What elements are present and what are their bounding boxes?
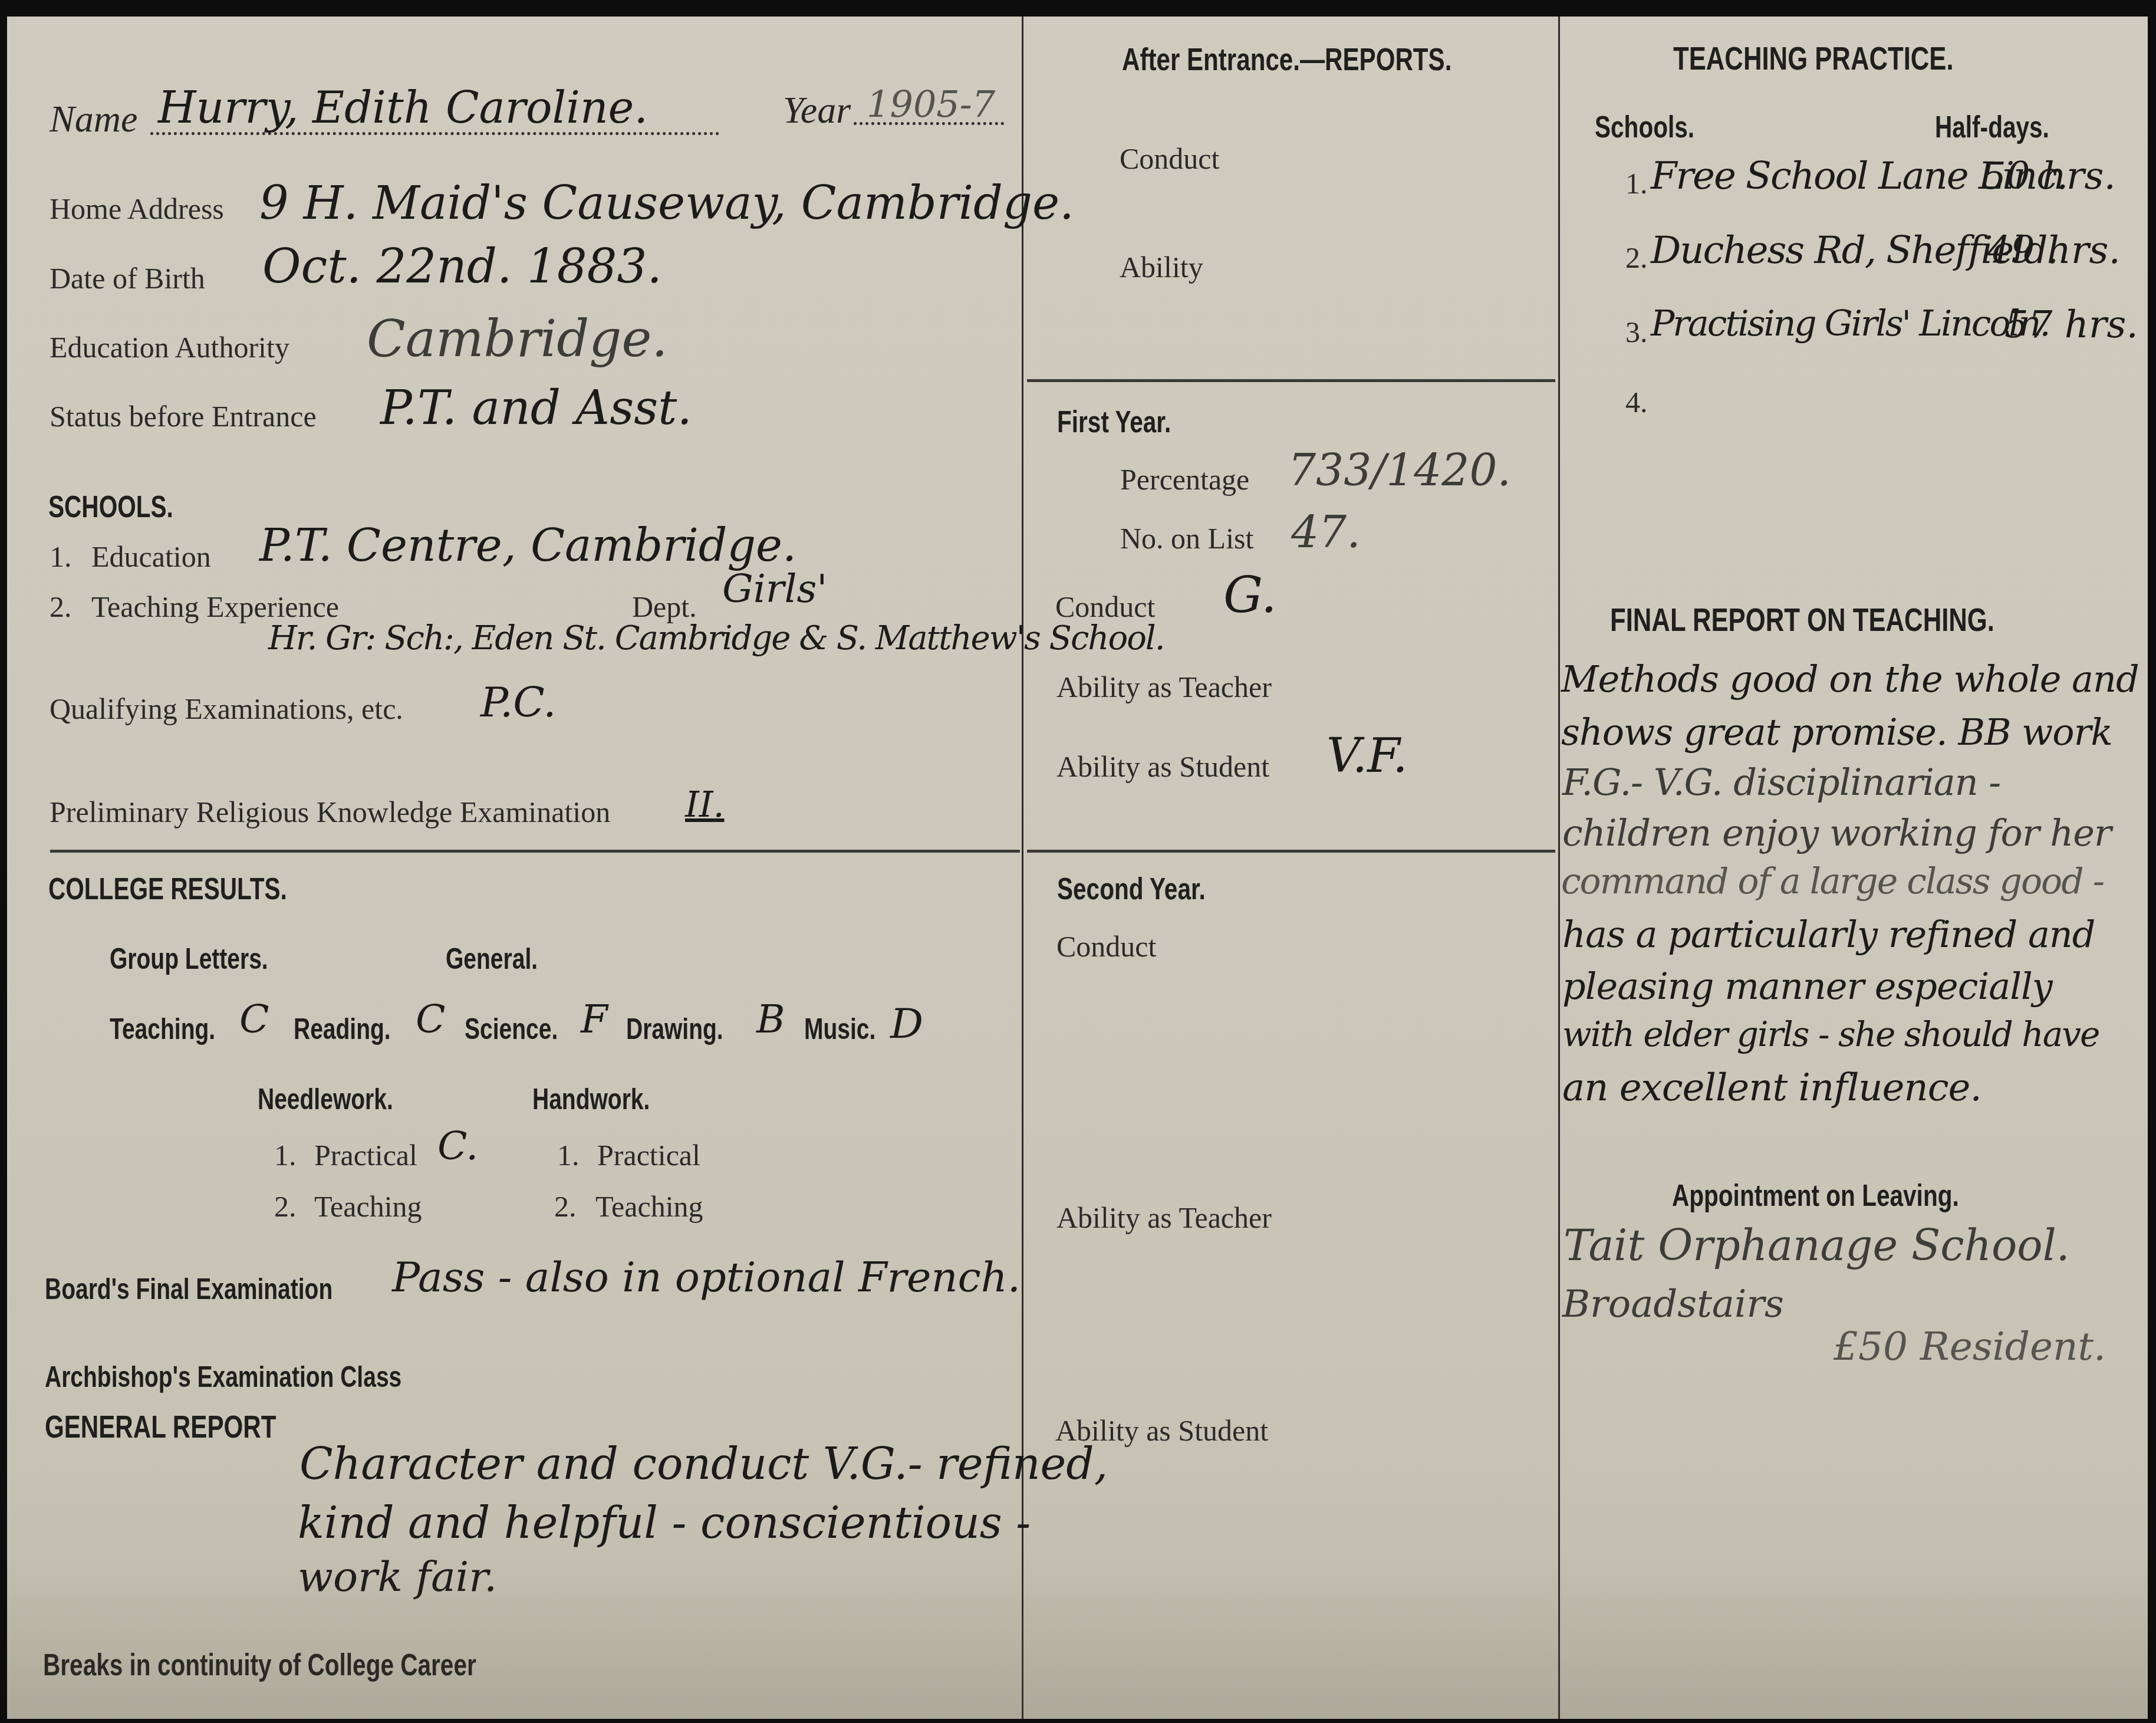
first-year-ability-student-value[interactable]: V.F. bbox=[1326, 728, 1408, 783]
boards-final-label: Board's Final Examination bbox=[45, 1272, 333, 1306]
year-label: Year bbox=[783, 88, 851, 132]
general-report-line-3[interactable]: work fair. bbox=[298, 1553, 497, 1601]
schools-heading: SCHOOLS. bbox=[48, 489, 173, 525]
home-address-label: Home Address bbox=[50, 192, 224, 226]
prelim-religious-value[interactable]: II. bbox=[685, 784, 724, 826]
subject-drawing-grade[interactable]: B bbox=[756, 997, 785, 1042]
final-report-line-5[interactable]: command of a large class good - bbox=[1561, 861, 2104, 902]
first-year-conduct-value[interactable]: G. bbox=[1223, 566, 1277, 624]
general-label: General. bbox=[446, 942, 538, 976]
needlework-teaching-label: Teaching bbox=[314, 1189, 422, 1224]
final-report-line-2[interactable]: shows great promise. BB work bbox=[1561, 711, 2112, 754]
name-label: Name bbox=[50, 97, 137, 141]
teaching-experience-value[interactable]: Hr. Gr: Sch:, Eden St. Cambridge & S. Ma… bbox=[268, 619, 1164, 657]
second-year-conduct-label: Conduct bbox=[1056, 929, 1156, 964]
first-year-conduct-label: Conduct bbox=[1055, 590, 1155, 624]
final-report-line-1[interactable]: Methods good on the whole and bbox=[1561, 657, 2139, 701]
education-authority-value[interactable]: Cambridge. bbox=[367, 310, 668, 369]
practice-row-2-num: 2. bbox=[1625, 241, 1648, 275]
year-value[interactable]: 1905-7 bbox=[867, 83, 995, 126]
subject-science-label: Science. bbox=[465, 1012, 558, 1046]
percentage-value[interactable]: 733/1420. bbox=[1288, 445, 1511, 496]
schools-column-header: Schools. bbox=[1595, 110, 1694, 145]
appointment-heading: Appointment on Leaving. bbox=[1672, 1178, 1959, 1214]
practice-row-2-halfdays[interactable]: 49 hrs. bbox=[1987, 229, 2121, 272]
needlework-label: Needlework. bbox=[258, 1082, 393, 1116]
boards-final-value[interactable]: Pass - also in optional French. bbox=[392, 1253, 1021, 1301]
practice-row-3-school[interactable]: Practising Girls' Lincoln. bbox=[1651, 303, 2049, 344]
handwork-practical-num: 1. bbox=[557, 1138, 580, 1172]
education-value[interactable]: P.T. Centre, Cambridge. bbox=[259, 519, 796, 571]
college-results-heading: COLLEGE RESULTS. bbox=[48, 872, 287, 907]
subject-reading-grade[interactable]: C bbox=[416, 997, 446, 1042]
status-label: Status before Entrance bbox=[50, 399, 317, 433]
qualifying-label: Qualifying Examinations, etc. bbox=[50, 692, 403, 726]
no-on-list-label: No. on List bbox=[1120, 521, 1253, 555]
general-report-line-1[interactable]: Character and conduct V.G.- refined, bbox=[299, 1439, 1108, 1489]
teaching-num: 2. bbox=[50, 590, 72, 624]
qualifying-value[interactable]: P.C. bbox=[480, 678, 556, 726]
first-year-ability-teacher-label: Ability as Teacher bbox=[1056, 670, 1272, 704]
second-year-heading: Second Year. bbox=[1057, 872, 1206, 907]
practice-row-4-num: 4. bbox=[1625, 385, 1648, 419]
general-report-label: GENERAL REPORT bbox=[45, 1409, 276, 1445]
after-entrance-conduct-label: Conduct bbox=[1120, 142, 1219, 176]
final-report-heading: FINAL REPORT ON TEACHING. bbox=[1610, 600, 1994, 639]
practice-row-1-num: 1. bbox=[1625, 166, 1648, 200]
subject-music-label: Music. bbox=[804, 1012, 875, 1046]
final-report-line-6[interactable]: has a particularly refined and bbox=[1562, 913, 2095, 956]
subject-teaching-label: Teaching. bbox=[110, 1012, 215, 1046]
handwork-teaching-label: Teaching bbox=[595, 1189, 703, 1224]
final-report-line-7[interactable]: pleasing manner especially bbox=[1562, 965, 2052, 1008]
final-report-line-8[interactable]: with elder girls - she should have bbox=[1562, 1014, 2099, 1054]
column-divider-right bbox=[1558, 17, 1560, 1719]
subject-reading-label: Reading. bbox=[294, 1012, 391, 1046]
archbishop-label: Archbishop's Examination Class bbox=[45, 1360, 401, 1394]
practice-row-3-halfdays[interactable]: 57 hrs. bbox=[2004, 303, 2138, 347]
subject-drawing-label: Drawing. bbox=[626, 1012, 723, 1046]
percentage-label: Percentage bbox=[1120, 462, 1249, 496]
halfdays-column-header: Half-days. bbox=[1935, 110, 2049, 145]
group-letters-label: Group Letters. bbox=[110, 942, 268, 976]
handwork-teaching-num: 2. bbox=[554, 1189, 577, 1224]
first-year-heading: First Year. bbox=[1057, 405, 1171, 440]
prelim-religious-label: Preliminary Religious Knowledge Examinat… bbox=[50, 795, 610, 829]
subject-music-grade[interactable]: D bbox=[890, 999, 923, 1048]
second-year-ability-teacher-label: Ability as Teacher bbox=[1056, 1201, 1272, 1235]
practice-row-3-num: 3. bbox=[1625, 315, 1648, 349]
subject-teaching-grade[interactable]: C bbox=[239, 997, 269, 1042]
needlework-practical-value[interactable]: C. bbox=[437, 1123, 478, 1169]
after-entrance-heading: After Entrance.—REPORTS. bbox=[1122, 41, 1451, 78]
teaching-practice-heading: TEACHING PRACTICE. bbox=[1673, 39, 1954, 77]
handwork-practical-label: Practical bbox=[597, 1138, 700, 1172]
education-authority-label: Education Authority bbox=[50, 330, 289, 364]
final-report-line-3[interactable]: F.G.- V.G. disciplinarian - bbox=[1562, 761, 2000, 804]
middle-divider-bottom bbox=[1027, 850, 1555, 853]
subject-science-grade[interactable]: F bbox=[581, 997, 608, 1042]
appointment-line-3[interactable]: £50 Resident. bbox=[1834, 1324, 2106, 1369]
after-entrance-ability-label: Ability bbox=[1120, 250, 1203, 284]
needlework-teaching-num: 2. bbox=[274, 1189, 297, 1224]
education-num: 1. bbox=[50, 540, 72, 574]
general-report-line-2[interactable]: kind and helpful - conscientious - bbox=[298, 1498, 1031, 1548]
final-report-line-9[interactable]: an excellent influence. bbox=[1562, 1066, 1981, 1110]
breaks-label: Breaks in continuity of College Career bbox=[43, 1648, 476, 1683]
name-value[interactable]: Hurry, Edith Caroline. bbox=[158, 83, 648, 133]
dept-value[interactable]: Girls' bbox=[722, 566, 828, 611]
first-year-ability-student-label: Ability as Student bbox=[1056, 749, 1269, 784]
home-address-value[interactable]: 9 H. Maid's Causeway, Cambridge. bbox=[259, 177, 1074, 230]
needlework-practical-num: 1. bbox=[274, 1138, 297, 1172]
status-value[interactable]: P.T. and Asst. bbox=[380, 380, 692, 435]
left-divider bbox=[50, 850, 1020, 853]
appointment-line-1[interactable]: Tait Orphanage School. bbox=[1563, 1221, 2070, 1270]
second-year-ability-student-label: Ability as Student bbox=[1055, 1413, 1268, 1448]
appointment-line-2[interactable]: Broadstairs bbox=[1562, 1283, 1784, 1326]
needlework-practical-label: Practical bbox=[314, 1138, 417, 1172]
dob-value[interactable]: Oct. 22nd. 1883. bbox=[262, 239, 662, 294]
final-report-line-4[interactable]: children enjoy working for her bbox=[1562, 811, 2111, 854]
dob-label: Date of Birth bbox=[50, 261, 205, 295]
no-on-list-value[interactable]: 47. bbox=[1291, 507, 1361, 558]
education-label: Education bbox=[91, 540, 211, 574]
handwork-label: Handwork. bbox=[532, 1082, 650, 1116]
practice-row-1-halfdays[interactable]: 50 hrs. bbox=[1982, 154, 2116, 198]
middle-divider-top bbox=[1027, 379, 1555, 382]
